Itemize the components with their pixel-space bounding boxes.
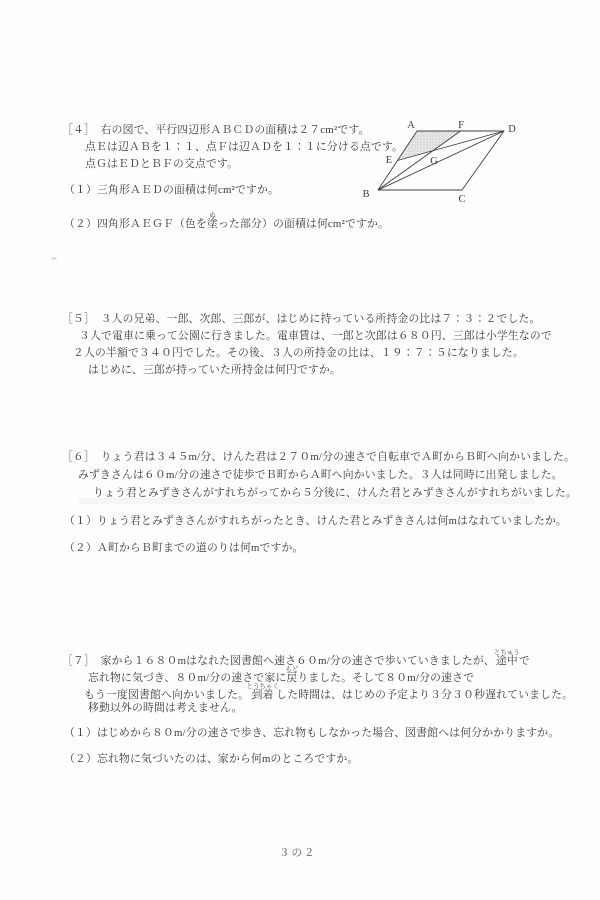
problem-6-question-1: （１）りょう君とみずきさんがすれちがったとき、けんた君とみずきさんは何mはなれて…	[64, 513, 567, 530]
worksheet-page: ［４］ 右の図で、平行四辺形ＡＢＣＤの面積は２７cm²です。 点Ｅは辺ＡＢを１：…	[0, 0, 600, 900]
parallelogram-diagram: A F D E G B C	[352, 98, 592, 213]
problem-5-line-2: ３人で電車に乗って公園に行きました。電車賃は、一郎と次郎は６８０円、三郎は小学生…	[62, 328, 552, 345]
parallelogram-figure: A F D E G B C	[352, 98, 592, 213]
problem-4-question-1: （１）三角形ＡＥＤの面積は何cm²ですか。	[64, 182, 279, 199]
problem-6-line-1: ［６］ りょう君は３４５m/分、けんた君は２７０m/分の速さで自転車でＡ町からＢ…	[62, 448, 577, 466]
problem-6-question-2: （２）Ａ町からＢ町までの道のりは何mですか。	[64, 540, 304, 557]
scan-mark-artifact	[354, 141, 359, 145]
problem-7-line-1: ［７］ 家から１６８０mはなれた図書館へ速さ６０m/分の速さで歩いていきましたが…	[62, 649, 573, 666]
problem-4-question-2: （２）四角形ＡＥＧＦ（色を塗ぬった部分）の面積は何cm²ですか。	[64, 212, 389, 229]
label-f: F	[458, 120, 464, 131]
scan-streak-artifact	[78, 498, 536, 504]
scan-dot-artifact	[51, 257, 57, 260]
problem-6-line-2: みずきさんは６０m/分の速さで徒歩でＢ町からＡ町へ向かいました。３人は同時に出発…	[62, 466, 577, 484]
label-g: G	[430, 156, 438, 167]
problem-7-question-1: （１）はじめから８０m/分の速さで歩き、忘れ物もしなかった場合、図書館へは何分か…	[64, 725, 559, 742]
label-c: C	[458, 194, 465, 205]
problem-7-question-2: （２）忘れ物に気づいたのは、家から何mのところですか。	[64, 751, 358, 768]
problem-5-line-3: ２人の半額で３４０円でした。その後、３人の所持金の比は、１９：７：５になりました…	[62, 345, 552, 362]
problem-5: ［５］ ３人の兄弟、一郎、次郎、三郎が、はじめに持っている所持金の比は７：３：２…	[62, 311, 552, 379]
problem-6: ［６］ りょう君は３４５m/分、けんた君は２７０m/分の速さで自転車でＡ町からＢ…	[62, 448, 577, 502]
label-e: E	[386, 155, 392, 166]
label-b: B	[362, 189, 369, 200]
problem-5-line-1: ［５］ ３人の兄弟、一郎、次郎、三郎が、はじめに持っている所持金の比は７：３：２…	[62, 311, 552, 328]
label-a: A	[407, 120, 415, 131]
problem-5-line-4: はじめに、三郎が持っていた所持金は何円ですか。	[62, 362, 552, 379]
page-number: ３の２	[279, 845, 317, 860]
problem-7: ［７］ 家から１６８０mはなれた図書館へ速さ６０m/分の速さで歩いていきましたが…	[62, 649, 573, 717]
label-d: D	[508, 124, 516, 135]
